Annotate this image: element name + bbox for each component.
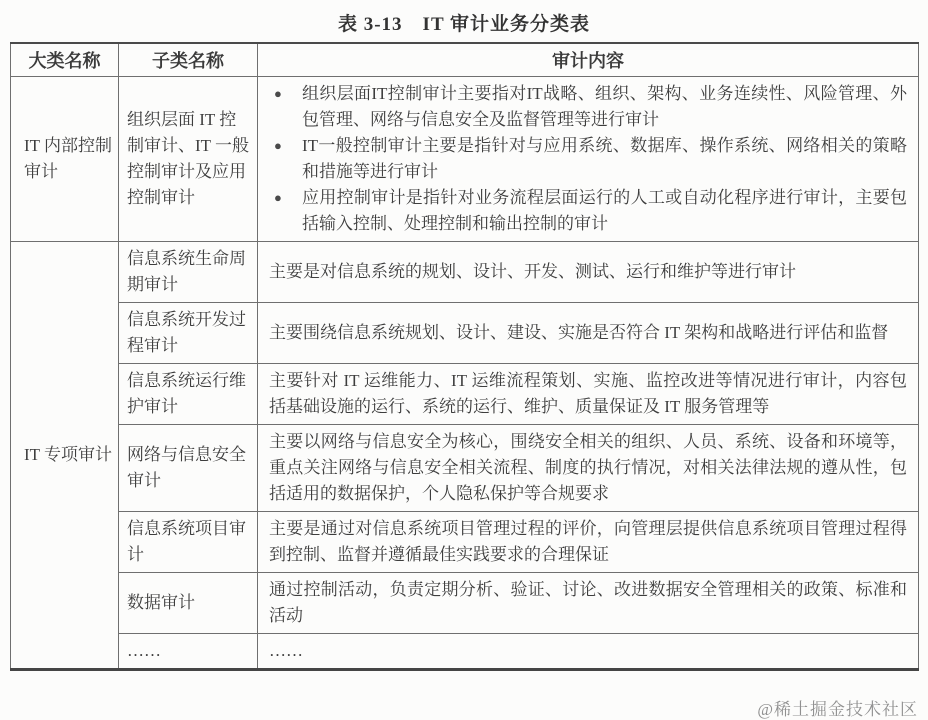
content-cell: 通过控制活动，负责定期分析、验证、讨论、改进数据安全管理相关的政策、标准和活动 bbox=[258, 573, 919, 634]
subcategory-cell: …… bbox=[119, 634, 258, 670]
table-row: IT 内部控制审计组织层面 IT 控制审计、IT 一般控制审计及应用控制审计●组… bbox=[11, 77, 919, 242]
page-title: 表 3-13 IT 审计业务分类表 bbox=[0, 0, 928, 36]
bullet-item: ●应用控制审计是指针对业务流程层面运行的人工或自动化程序进行审计，主要包括输入控… bbox=[269, 185, 907, 237]
table-row: ………… bbox=[11, 634, 919, 670]
subcategory-cell: 信息系统生命周期审计 bbox=[119, 242, 258, 303]
bullet-text: 应用控制审计是指针对业务流程层面运行的人工或自动化程序进行审计，主要包括输入控制… bbox=[302, 188, 907, 233]
content-cell: 主要围绕信息系统规划、设计、建设、实施是否符合 IT 架构和战略进行评估和监督 bbox=[258, 303, 919, 364]
table-row: 数据审计通过控制活动，负责定期分析、验证、讨论、改进数据安全管理相关的政策、标准… bbox=[11, 573, 919, 634]
subcategory-cell: 信息系统开发过程审计 bbox=[119, 303, 258, 364]
table-header-row: 大类名称 子类名称 审计内容 bbox=[11, 43, 919, 77]
header-major-category: 大类名称 bbox=[11, 43, 119, 77]
table-row: IT 专项审计信息系统生命周期审计主要是对信息系统的规划、设计、开发、测试、运行… bbox=[11, 242, 919, 303]
bullet-icon: ● bbox=[274, 185, 282, 211]
content-cell: …… bbox=[258, 634, 919, 670]
bullet-item: ●组织层面IT控制审计主要指对IT战略、组织、架构、业务连续性、风险管理、外包管… bbox=[269, 81, 907, 133]
subcategory-cell: 组织层面 IT 控制审计、IT 一般控制审计及应用控制审计 bbox=[119, 77, 258, 242]
bullet-item: ●IT一般控制审计主要是指针对与应用系统、数据库、操作系统、网络相关的策略和措施… bbox=[269, 133, 907, 185]
subcategory-cell: 信息系统项目审计 bbox=[119, 512, 258, 573]
table-row: 信息系统项目审计主要是通过对信息系统项目管理过程的评价，向管理层提供信息系统项目… bbox=[11, 512, 919, 573]
content-cell: 主要以网络与信息安全为核心，围绕安全相关的组织、人员、系统、设备和环境等，重点关… bbox=[258, 425, 919, 512]
bullet-icon: ● bbox=[274, 81, 282, 107]
subcategory-cell: 网络与信息安全审计 bbox=[119, 425, 258, 512]
content-cell: 主要针对 IT 运维能力、IT 运维流程策划、实施、监控改进等情况进行审计，内容… bbox=[258, 364, 919, 425]
category-cell: IT 专项审计 bbox=[11, 242, 119, 670]
bullet-icon: ● bbox=[274, 133, 282, 159]
header-audit-content: 审计内容 bbox=[258, 43, 919, 77]
content-cell: 主要是通过对信息系统项目管理过程的评价，向管理层提供信息系统项目管理过程得到控制… bbox=[258, 512, 919, 573]
subcategory-cell: 信息系统运行维护审计 bbox=[119, 364, 258, 425]
table-row: 网络与信息安全审计主要以网络与信息安全为核心，围绕安全相关的组织、人员、系统、设… bbox=[11, 425, 919, 512]
bullet-text: IT一般控制审计主要是指针对与应用系统、数据库、操作系统、网络相关的策略和措施等… bbox=[302, 136, 907, 181]
table-body: IT 内部控制审计组织层面 IT 控制审计、IT 一般控制审计及应用控制审计●组… bbox=[11, 77, 919, 670]
table-row: 信息系统开发过程审计主要围绕信息系统规划、设计、建设、实施是否符合 IT 架构和… bbox=[11, 303, 919, 364]
bullet-text: 组织层面IT控制审计主要指对IT战略、组织、架构、业务连续性、风险管理、外包管理… bbox=[302, 84, 907, 129]
audit-classification-table: 大类名称 子类名称 审计内容 IT 内部控制审计组织层面 IT 控制审计、IT … bbox=[10, 42, 919, 671]
content-cell: 主要是对信息系统的规划、设计、开发、测试、运行和维护等进行审计 bbox=[258, 242, 919, 303]
table-row: 信息系统运行维护审计主要针对 IT 运维能力、IT 运维流程策划、实施、监控改进… bbox=[11, 364, 919, 425]
watermark: @稀土掘金技术社区 bbox=[757, 695, 918, 720]
bullet-list: ●组织层面IT控制审计主要指对IT战略、组织、架构、业务连续性、风险管理、外包管… bbox=[269, 81, 907, 237]
header-sub-category: 子类名称 bbox=[119, 43, 258, 77]
subcategory-cell: 数据审计 bbox=[119, 573, 258, 634]
category-cell: IT 内部控制审计 bbox=[11, 77, 119, 242]
content-cell: ●组织层面IT控制审计主要指对IT战略、组织、架构、业务连续性、风险管理、外包管… bbox=[258, 77, 919, 242]
